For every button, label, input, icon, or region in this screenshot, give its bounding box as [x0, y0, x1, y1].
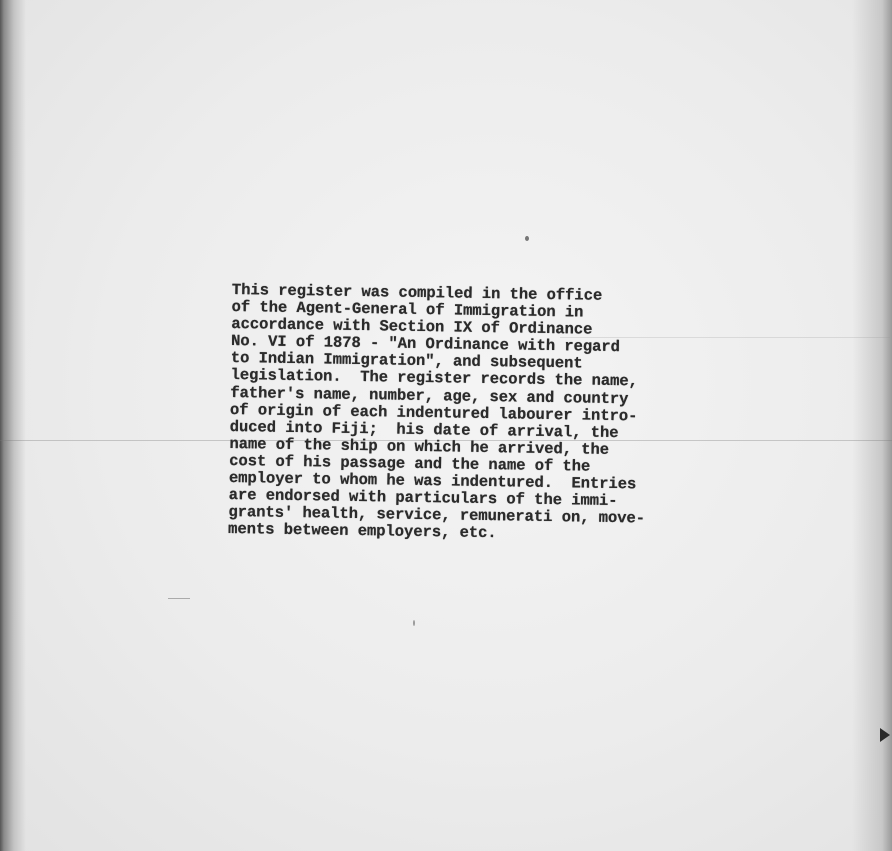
scan-speck [525, 236, 529, 241]
scanned-page: This register was compiled in the office… [0, 0, 892, 851]
scan-edge-left [0, 0, 26, 851]
scan-edge-mark [880, 728, 890, 742]
scan-speck [168, 598, 190, 599]
scan-speck [413, 620, 415, 626]
scan-edge-right [852, 0, 892, 851]
register-description: This register was compiled in the office… [228, 282, 732, 546]
